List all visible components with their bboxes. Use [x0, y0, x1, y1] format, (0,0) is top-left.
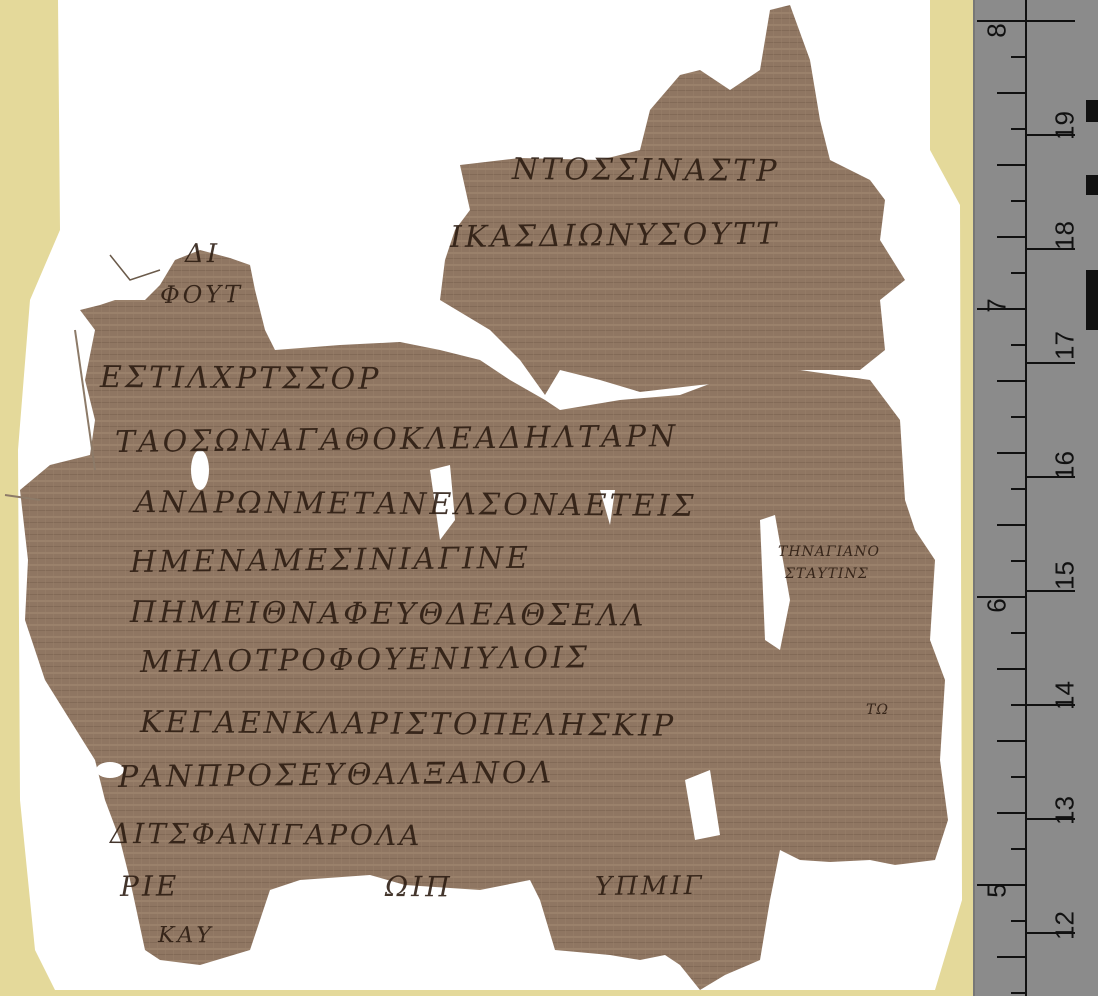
inch-tick	[1011, 272, 1025, 274]
inch-tick	[1011, 416, 1025, 418]
inch-tick	[1011, 344, 1025, 346]
ruler-cm-label: 18	[1050, 216, 1081, 256]
inch-tick	[1011, 200, 1025, 202]
papyrus-text-line: ΝΤΟΣΣΙΝΑΣΤΡ	[512, 152, 780, 189]
cm-tick	[1027, 20, 1075, 22]
ruler-spine	[1025, 0, 1027, 996]
papyrus-text-line: ΕΣΤΙΛΧΡΤΣΣΟΡ	[100, 360, 382, 397]
inch-tick	[1011, 704, 1025, 706]
ruler-inch-label: 5	[982, 871, 1013, 911]
ruler-cm-label: 12	[1050, 906, 1081, 946]
inch-tick	[1011, 632, 1025, 634]
ruler-cm-label: 15	[1050, 556, 1081, 596]
papyrus-text-line: ΠΗΜΕΙΘΝΑΦΕΥΘΔΕΑΘΣΕΛΛ	[130, 595, 647, 634]
papyrus-text-line: ΥΠΜΙΓ	[595, 871, 705, 902]
inch-tick	[997, 740, 1025, 742]
papyrus-text-line: ΚΕΓΑΕΝΚΛΑΡΙΣΤΟΠΕΛΗΣΚΙΡ	[140, 705, 676, 744]
papyrus-text-line: ΜΗΛΟΤΡΟΦΟΥΕΝΙΥΛΟΙΣ	[140, 640, 590, 680]
papyrus-text-line: ΡΑΝΠΡΟΣΕΥΘΑΛΞΑΝΟΛ	[118, 755, 555, 795]
inch-tick	[997, 956, 1025, 958]
ruler-inch-label: 7	[982, 286, 1013, 326]
ruler-cm-label: 14	[1050, 676, 1081, 716]
ruler-cm-label: 13	[1050, 791, 1081, 831]
ruler-cm-label: 16	[1050, 446, 1081, 486]
papyrus-text-line: ΩΙΠ	[385, 870, 453, 903]
inch-tick	[1011, 848, 1025, 850]
inch-tick	[1011, 992, 1025, 994]
papyrus-text-line: ΗΜΕΝΑΜΕΣΙΝΙΑΓΙΝΕ	[130, 541, 531, 580]
inch-tick	[997, 812, 1025, 814]
ruler-color-patch	[1086, 175, 1098, 195]
inch-tick	[1011, 56, 1025, 58]
inch-tick	[1011, 128, 1025, 130]
inch-tick	[997, 164, 1025, 166]
inch-tick	[1011, 488, 1025, 490]
inch-tick	[997, 92, 1025, 94]
ruler-color-patch	[1086, 270, 1098, 330]
ruler-inch-label: 8	[982, 11, 1013, 51]
inch-tick	[997, 668, 1025, 670]
ruler-inch-label: 6	[982, 586, 1013, 626]
papyrus-text-line: ΙΚΑΣΔΙΩΝΥΣΟΥΤΤ	[450, 217, 780, 255]
papyrus-text-line: ΔΙΤΣΦΑΝΙΓΑΡΟΛΑ	[110, 817, 423, 852]
inch-tick	[997, 380, 1025, 382]
marginal-note-line: ΤΗΝΑΓΙΑΝΟ	[778, 544, 880, 560]
inch-tick	[1011, 776, 1025, 778]
ruler-cm-label: 17	[1050, 326, 1081, 366]
papyrus-text-line: ΚΑΥ	[158, 923, 214, 948]
inch-tick	[997, 524, 1025, 526]
inch-tick	[1011, 920, 1025, 922]
inch-tick	[997, 236, 1025, 238]
papyrus-text-line: ΔΙ	[185, 239, 220, 269]
papyrus-text-line: ΦΟΥΤ	[160, 280, 243, 309]
papyrus-text-line: ΤΑΟΣΩΝΑΓΑΘΟΚΛΕΑΔΗΛΤΑΡΝ	[115, 419, 679, 460]
inch-tick	[997, 452, 1025, 454]
papyrus-upper-block	[440, 5, 905, 395]
papyrus-text-line: ΡΙΕ	[120, 869, 180, 903]
measuring-ruler: 87651918171615141312	[973, 0, 1098, 996]
marginal-note-line: ΤΩ	[866, 702, 889, 718]
ruler-cm-label: 19	[1050, 106, 1081, 146]
ruler-color-patch	[1086, 100, 1098, 122]
papyrus-text-line: ΑΝΔΡΩΝΜΕΤΑΝΕΛΣΟΝΑΕΤΕΙΣ	[135, 485, 697, 524]
inch-tick	[1011, 560, 1025, 562]
marginal-note-line: ΣΤΑΥΤΙΝΣ	[785, 566, 869, 582]
